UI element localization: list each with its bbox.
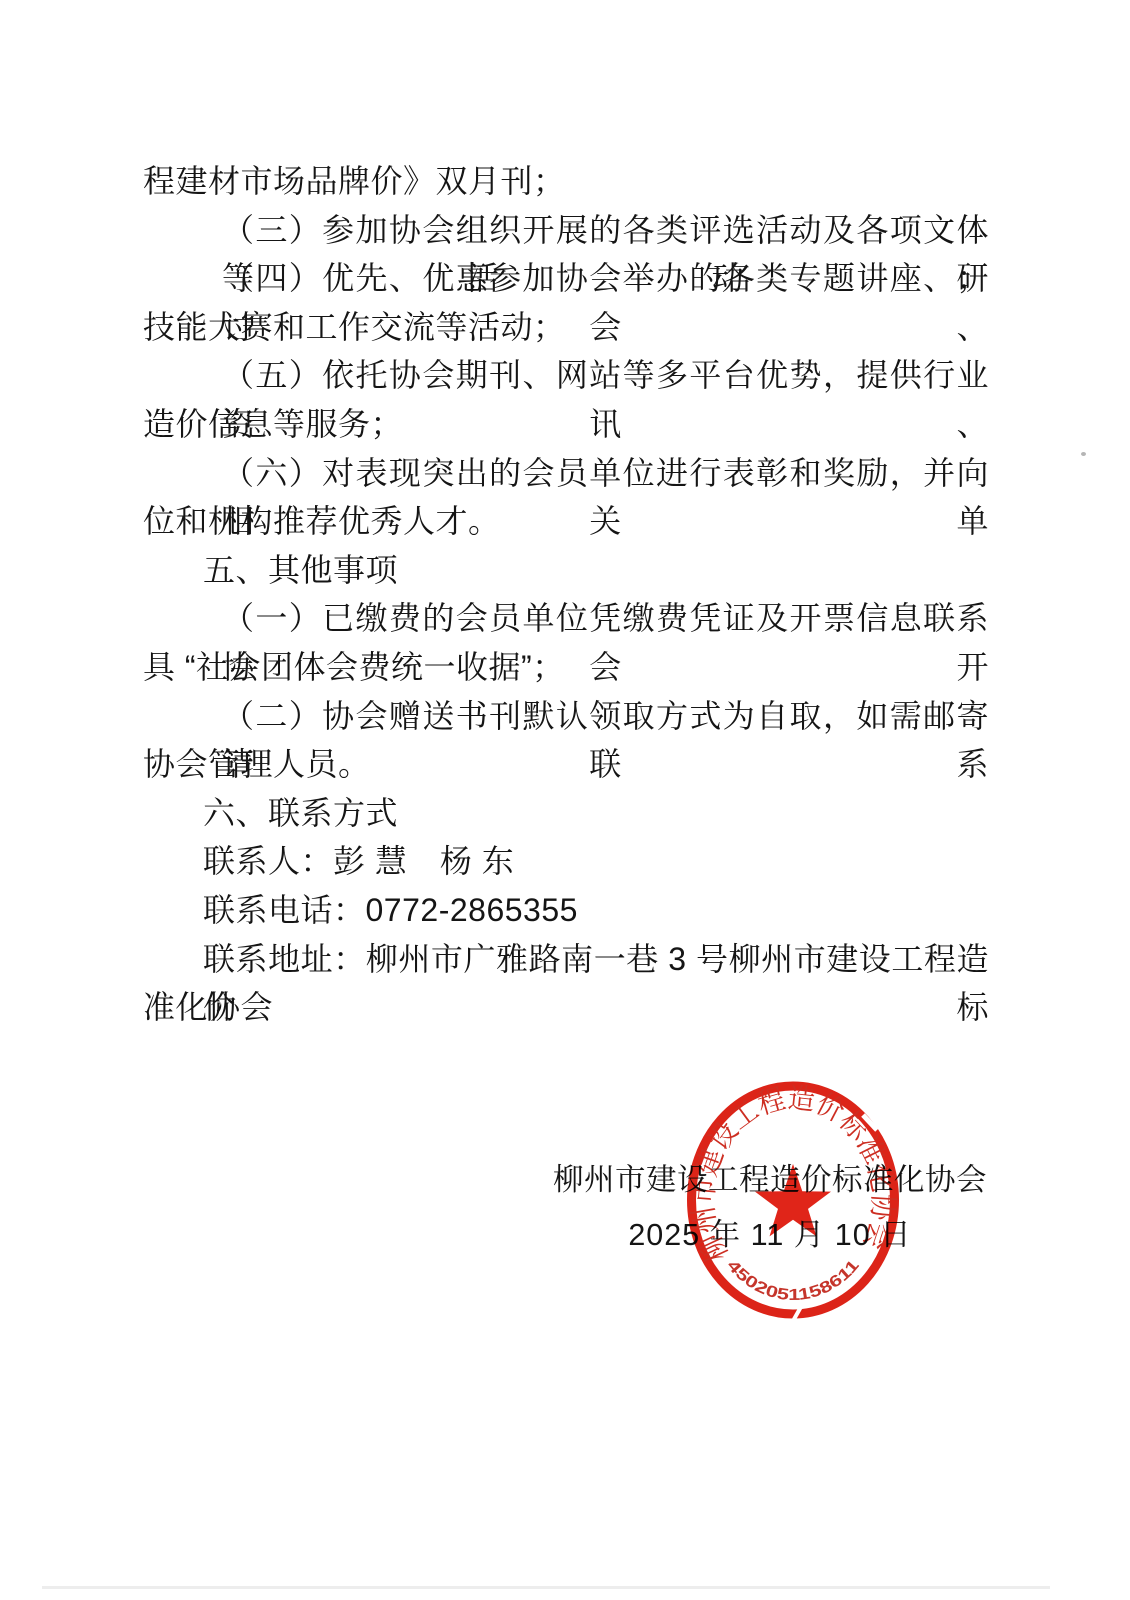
document-page: 程建材市场品牌价》双月刊； （三）参加协会组织开展的各类评选活动及各项文体等活动… xyxy=(0,0,1130,1600)
body-line: （三）参加协会组织开展的各类评选活动及各项文体等活动； xyxy=(143,206,989,255)
body-text: 程建材市场品牌价》双月刊； （三）参加协会组织开展的各类评选活动及各项文体等活动… xyxy=(143,157,989,1032)
contact-address-line: 联系地址：柳州市广雅路南一巷 3 号柳州市建设工程造价标 xyxy=(143,935,989,984)
body-line: （五）依托协会期刊、网站等多平台优势，提供行业资讯、 xyxy=(143,351,989,400)
scan-page-edge xyxy=(42,1586,1050,1589)
contact-person-line: 联系人：彭 慧 杨 东 xyxy=(143,837,989,886)
body-line: 程建材市场品牌价》双月刊； xyxy=(143,157,989,206)
official-seal-icon: 柳州市建设工程造价标准化协会 4502051158611 xyxy=(673,1070,913,1330)
body-line: （四）优先、优惠参加协会举办的各类专题讲座、研讨会、 xyxy=(143,254,989,303)
body-line: （一）已缴费的会员单位凭缴费凭证及开票信息联系协会开 xyxy=(143,594,989,643)
contact-phone-line: 联系电话：0772-2865355 xyxy=(143,886,989,935)
seal-star-icon xyxy=(755,1164,831,1236)
body-line: （六）对表现突出的会员单位进行表彰和奖励，并向相关单 xyxy=(143,449,989,498)
section-heading: 五、其他事项 xyxy=(143,546,989,595)
body-line: （二）协会赠送书刊默认领取方式为自取，如需邮寄请联系 xyxy=(143,692,989,741)
section-heading: 六、联系方式 xyxy=(143,789,989,838)
scan-artifact-dot xyxy=(1081,452,1086,456)
